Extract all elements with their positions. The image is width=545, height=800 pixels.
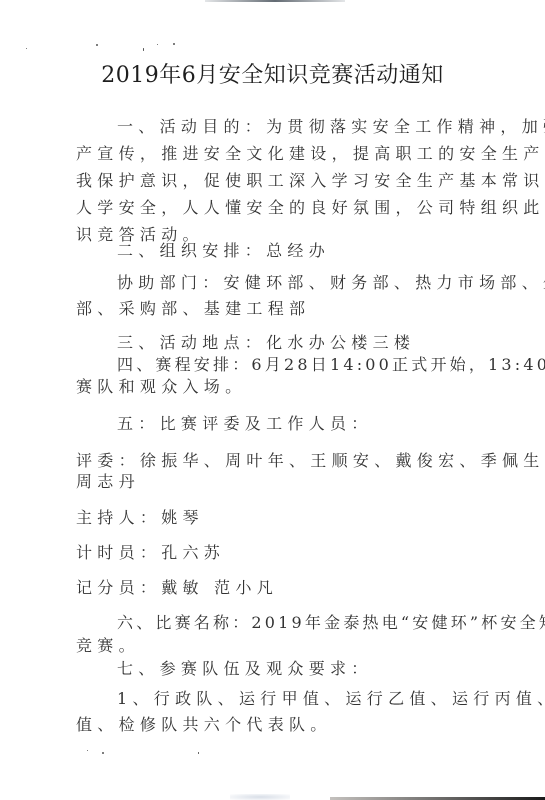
purpose-line-2: 产宣传，推进安全文化建设，提高职工的安全生产技能和自 [76,143,545,165]
competition-name-line-2: 竞赛。 [76,635,140,657]
timekeeper-line: 计时员：孔六苏 [76,542,225,564]
speck [96,44,98,46]
scan-artifact-top [205,0,345,2]
speck [87,750,88,751]
judges-line-1: 评委：徐振华、周叶年、王顺安、戴俊宏、季佩生、褚新生、 [76,450,545,472]
speck [157,44,158,45]
requirements-item1-line-1: 1、行政队、运行甲值、运行乙值、运行丙值、运行丁 [117,688,545,710]
purpose-line-4: 人学安全，人人懂安全的良好氛围，公司特组织此次安全知 [76,197,545,219]
purpose-line-1: 一、活动目的：为贯彻落实安全工作精神，加强安全生 [117,116,545,138]
organization-line: 二、组织安排：总经办 [117,240,330,262]
host-line: 主持人：姚琴 [76,507,204,529]
requirements-heading: 七、参赛队伍及观众要求： [117,658,373,680]
schedule-line-1: 四、赛程安排：6月28日14:00正式开始，13:40各参 [117,354,545,376]
judges-line-2: 周志丹 [76,471,140,493]
assist-line-2: 部、采购部、基建工程部 [76,298,310,320]
speck [102,752,104,754]
requirements-item1-line-2: 值、检修队共六个代表队。 [76,714,332,736]
scorekeeper-line: 记分员：戴敏 范小凡 [76,577,278,599]
purpose-line-3: 我保护意识，促使职工深入学习安全生产基本常识，形成人 [76,170,545,192]
staff-heading: 五：比赛评委及工作人员： [117,413,373,435]
assist-line-1: 协助部门：安健环部、财务部、热力市场部、生产技术 [117,272,545,294]
scan-artifact-bottom-left [230,794,290,800]
schedule-line-2: 赛队和观众入场。 [76,376,246,398]
competition-name-line-1: 六、比赛名称：2019年金泰热电“安健环”杯安全知识 [117,612,545,634]
speck [143,48,144,51]
speck [198,752,199,754]
speck [173,43,175,45]
speck [26,48,27,49]
document-title: 2019年6月安全知识竞赛活动通知 [0,62,545,90]
location-line: 三、活动地点：化水办公楼三楼 [117,332,415,354]
